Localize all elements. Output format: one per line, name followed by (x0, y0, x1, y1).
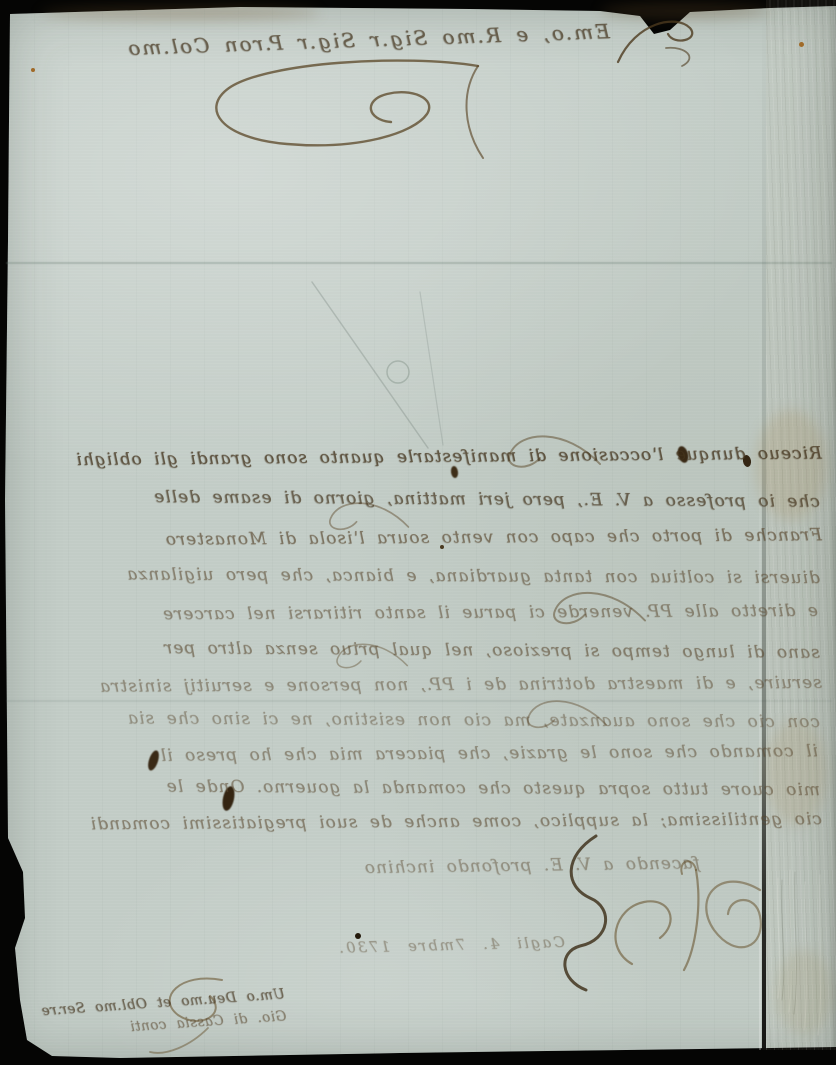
rust-speck (799, 42, 804, 47)
stain (775, 950, 833, 1035)
handwriting-line: mio cuore tutto sopra questo che comanda… (20, 776, 820, 800)
handwriting-line: diuersi si coltiua con tanta guardiana, … (20, 564, 820, 588)
handwriting-line: seruire, e di maestra dottrina de i PP.,… (20, 673, 822, 697)
scanned-letter-photo: Em.o, e R.mo Sig.r Sig.r P.ron Col.mo Ri… (0, 0, 836, 1065)
watermark-ring (387, 361, 409, 383)
rust-speck (31, 68, 35, 72)
salutation-curl (610, 10, 705, 72)
stain (40, 6, 320, 20)
paraph-flourish (195, 58, 490, 163)
handwriting-line: e diretto alle PP. venerde ci parue il s… (20, 601, 818, 625)
handwriting-line: con cio che sono auanzate, ma cio non es… (20, 708, 820, 732)
